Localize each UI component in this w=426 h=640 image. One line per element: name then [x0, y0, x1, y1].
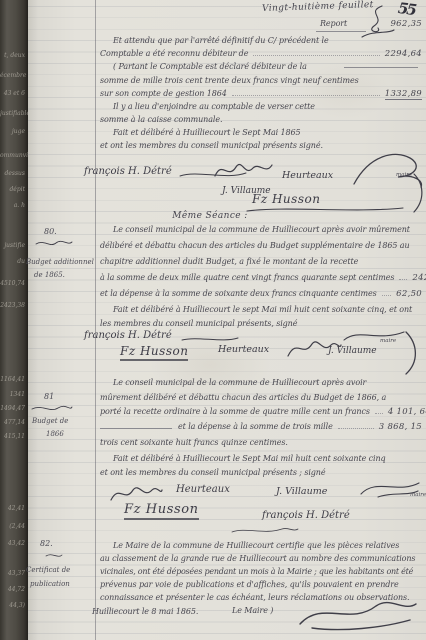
body-line: Fait et délibéré à Huilliecourt le Sept … — [100, 128, 422, 137]
line-text: et la dépense à la somme de soixante deu… — [100, 289, 377, 298]
amount-recette: 4 101, 64 — [388, 407, 426, 417]
dotted-leader — [399, 279, 407, 280]
body-line: les membres du conseil municipal présent… — [100, 319, 422, 328]
dotted-leader — [232, 95, 380, 96]
line-text: sur son compte de gestion 1864 — [100, 89, 227, 98]
register-page-scan: t, deux écembre 43 et 6 justifiables jug… — [0, 0, 426, 640]
body-line: Fait et délibéré à Huilliecourt le sept … — [100, 305, 422, 314]
body-line: délibéré et débattu chacun des articles … — [100, 241, 422, 250]
amount-depense: 62,50 — [396, 289, 422, 299]
fragment: 415,11 — [0, 433, 25, 440]
line-text: et la dépense à la somme de trois mille — [178, 422, 333, 431]
small-scribble-icon — [230, 526, 300, 536]
fragment: justifie — [0, 242, 25, 249]
signature-detre: françois H. Détré — [84, 166, 172, 177]
dateline: Huilliecourt le 8 mai 1865. — [92, 607, 252, 616]
closing-paren-icon — [402, 330, 420, 376]
fragment: a. h — [0, 202, 25, 209]
fragment: justifiables — [0, 110, 25, 117]
body-line: Le conseil municipal de la commune de Hu… — [100, 225, 422, 234]
signature-husson: Fz Husson — [120, 344, 188, 361]
fragment: 43 et 6 — [0, 90, 25, 97]
body-line: au classement de la grande rue de Huilli… — [100, 554, 422, 563]
signature-flourish-icon — [342, 328, 406, 344]
section-heading: Même Séance : — [120, 211, 300, 221]
signature-detre: françois H. Détré — [262, 510, 350, 521]
body-line: vicinales, ont été déposées pendant un m… — [100, 567, 422, 576]
closing-paren-icon — [410, 172, 426, 214]
page-number-stamp: 55 — [397, 0, 416, 19]
dotted-leader — [375, 413, 383, 414]
signature-block: Heurteaux J. Villaume maire Fz Husson fr… — [80, 478, 426, 538]
body-line: somme de mille trois cent trente deux fr… — [100, 76, 422, 85]
body-line: et la dépense à la somme de soixante deu… — [100, 289, 422, 299]
body-line: chapitre additionnel dudit Budget, a fix… — [100, 257, 422, 266]
margin-squiggle-icon — [34, 239, 74, 249]
fragment: dépit — [0, 186, 25, 193]
fragment: 4510,74 — [0, 280, 25, 287]
signature-block: françois H. Détré Fz Husson Heurteaux J.… — [80, 330, 426, 378]
line-text: Comptable a été reconnu débiteur de — [100, 49, 248, 58]
body-line: sur son compte de gestion 1864 1332,89 — [100, 89, 422, 100]
margin-ref-80: 80. — [44, 227, 57, 236]
signature-detre: françois H. Détré — [84, 330, 172, 341]
margin-note-81: Budget de — [32, 417, 68, 425]
signature-block: françois H. Détré Heurteaux J. Villaume … — [80, 150, 426, 212]
fragment: juge — [0, 128, 25, 135]
report-label: Report — [320, 19, 370, 28]
signature-husson: Fz Husson — [124, 502, 199, 520]
margin-note-81b: 1866 — [46, 430, 64, 438]
amount-debit: 2294,64 — [385, 49, 422, 59]
dotted-leader — [338, 428, 374, 429]
fragment: 43,37 — [0, 570, 25, 577]
body-line: et la dépense à la somme de trois mille … — [100, 422, 422, 432]
fragment: 44,72 — [0, 586, 25, 593]
line-text: à la somme de deux mille quatre cent vin… — [100, 273, 394, 282]
fragment: 1494,47 — [0, 405, 25, 412]
body-line: porté la recette ordinaire à la somme de… — [100, 407, 422, 417]
margin-squiggle-icon — [44, 552, 64, 560]
signature-villaume: J. Villaume — [276, 486, 327, 497]
fragment: 42,41 — [0, 505, 25, 512]
body-line: à la somme de deux mille quatre cent vin… — [100, 273, 422, 283]
signature-flourish-icon — [212, 158, 274, 182]
signature-heurteaux: Heurteaux — [282, 170, 333, 181]
fragment: écembre — [0, 72, 25, 79]
margin-note-80b: de 1865. — [34, 271, 65, 279]
margin-ref-81: 81 — [44, 392, 54, 401]
signature-heurteaux: Heurteaux — [176, 484, 230, 495]
amount-depense: 3 868, 15 — [379, 422, 422, 432]
body-line: Le conseil municipal de la commune de Hu… — [100, 378, 422, 387]
maire-signature-flourish-icon — [292, 596, 422, 636]
margin-note-80: Budget additionnel — [26, 258, 94, 266]
amount-balance: 1332,89 — [385, 89, 422, 100]
body-line: somme à la caisse communale. — [100, 115, 422, 124]
body-line: prévenus par voie de publications et d'a… — [100, 580, 422, 589]
body-line: Il y a lieu d'enjoindre au comptable de … — [100, 102, 422, 111]
fragment: t, deux — [0, 52, 25, 59]
margin-note-82b: publication — [30, 580, 70, 588]
fragment: 1164,41 — [0, 376, 25, 383]
maire-annotation: maire — [410, 492, 426, 498]
fragment: (2,44 — [0, 523, 25, 530]
report-amount: 962,35 — [374, 19, 422, 29]
body-line: et ont les membres du conseil municipal … — [100, 141, 422, 150]
margin-rule — [95, 0, 96, 640]
dash-rule — [100, 428, 172, 429]
signature-villaume: J. Villaume — [328, 346, 377, 356]
sum-rule — [344, 67, 418, 68]
body-line: Et attendu que par l'arrêté définitif du… — [100, 36, 422, 45]
body-line: trois cent soixante huit francs quinze c… — [100, 438, 422, 447]
fragment: 477,14 — [0, 419, 25, 426]
margin-ref-82: 82. — [40, 539, 53, 548]
dotted-leader — [382, 295, 392, 296]
fragment: ommunville — [0, 152, 25, 159]
signature-husson: Fz Husson — [252, 192, 320, 206]
body-line: Le Maire de la commune de Huilliecourt c… — [100, 541, 422, 550]
fragment: 1341 — [0, 391, 25, 398]
signature-flourish-icon — [180, 336, 240, 344]
fragment: dessus — [0, 170, 25, 177]
body-line: et ont les membres du conseil municipal … — [100, 468, 422, 477]
margin-squiggle-icon — [30, 404, 74, 414]
dotted-leader — [253, 55, 379, 56]
body-line: Fait et délibéré à Huilliecourt le Sept … — [100, 454, 422, 463]
amount-recette: 2420,47 — [412, 273, 426, 283]
fragment: 2423,38 — [0, 302, 25, 309]
fragment: 44,3) — [0, 602, 25, 609]
body-line: Comptable a été reconnu débiteur de 2294… — [100, 49, 422, 59]
report-underline — [316, 31, 366, 32]
margin-note-82: Certificat de — [26, 566, 70, 574]
adjacent-page-edge: t, deux écembre 43 et 6 justifiables jug… — [0, 0, 28, 640]
fragment: du — [0, 258, 25, 265]
fragment: 43,42 — [0, 540, 25, 547]
signature-heurteaux: Heurteaux — [218, 344, 269, 355]
body-line: mûrement délibéré et débattu chacun des … — [100, 393, 422, 402]
line-text: porté la recette ordinaire à la somme de… — [100, 407, 370, 416]
